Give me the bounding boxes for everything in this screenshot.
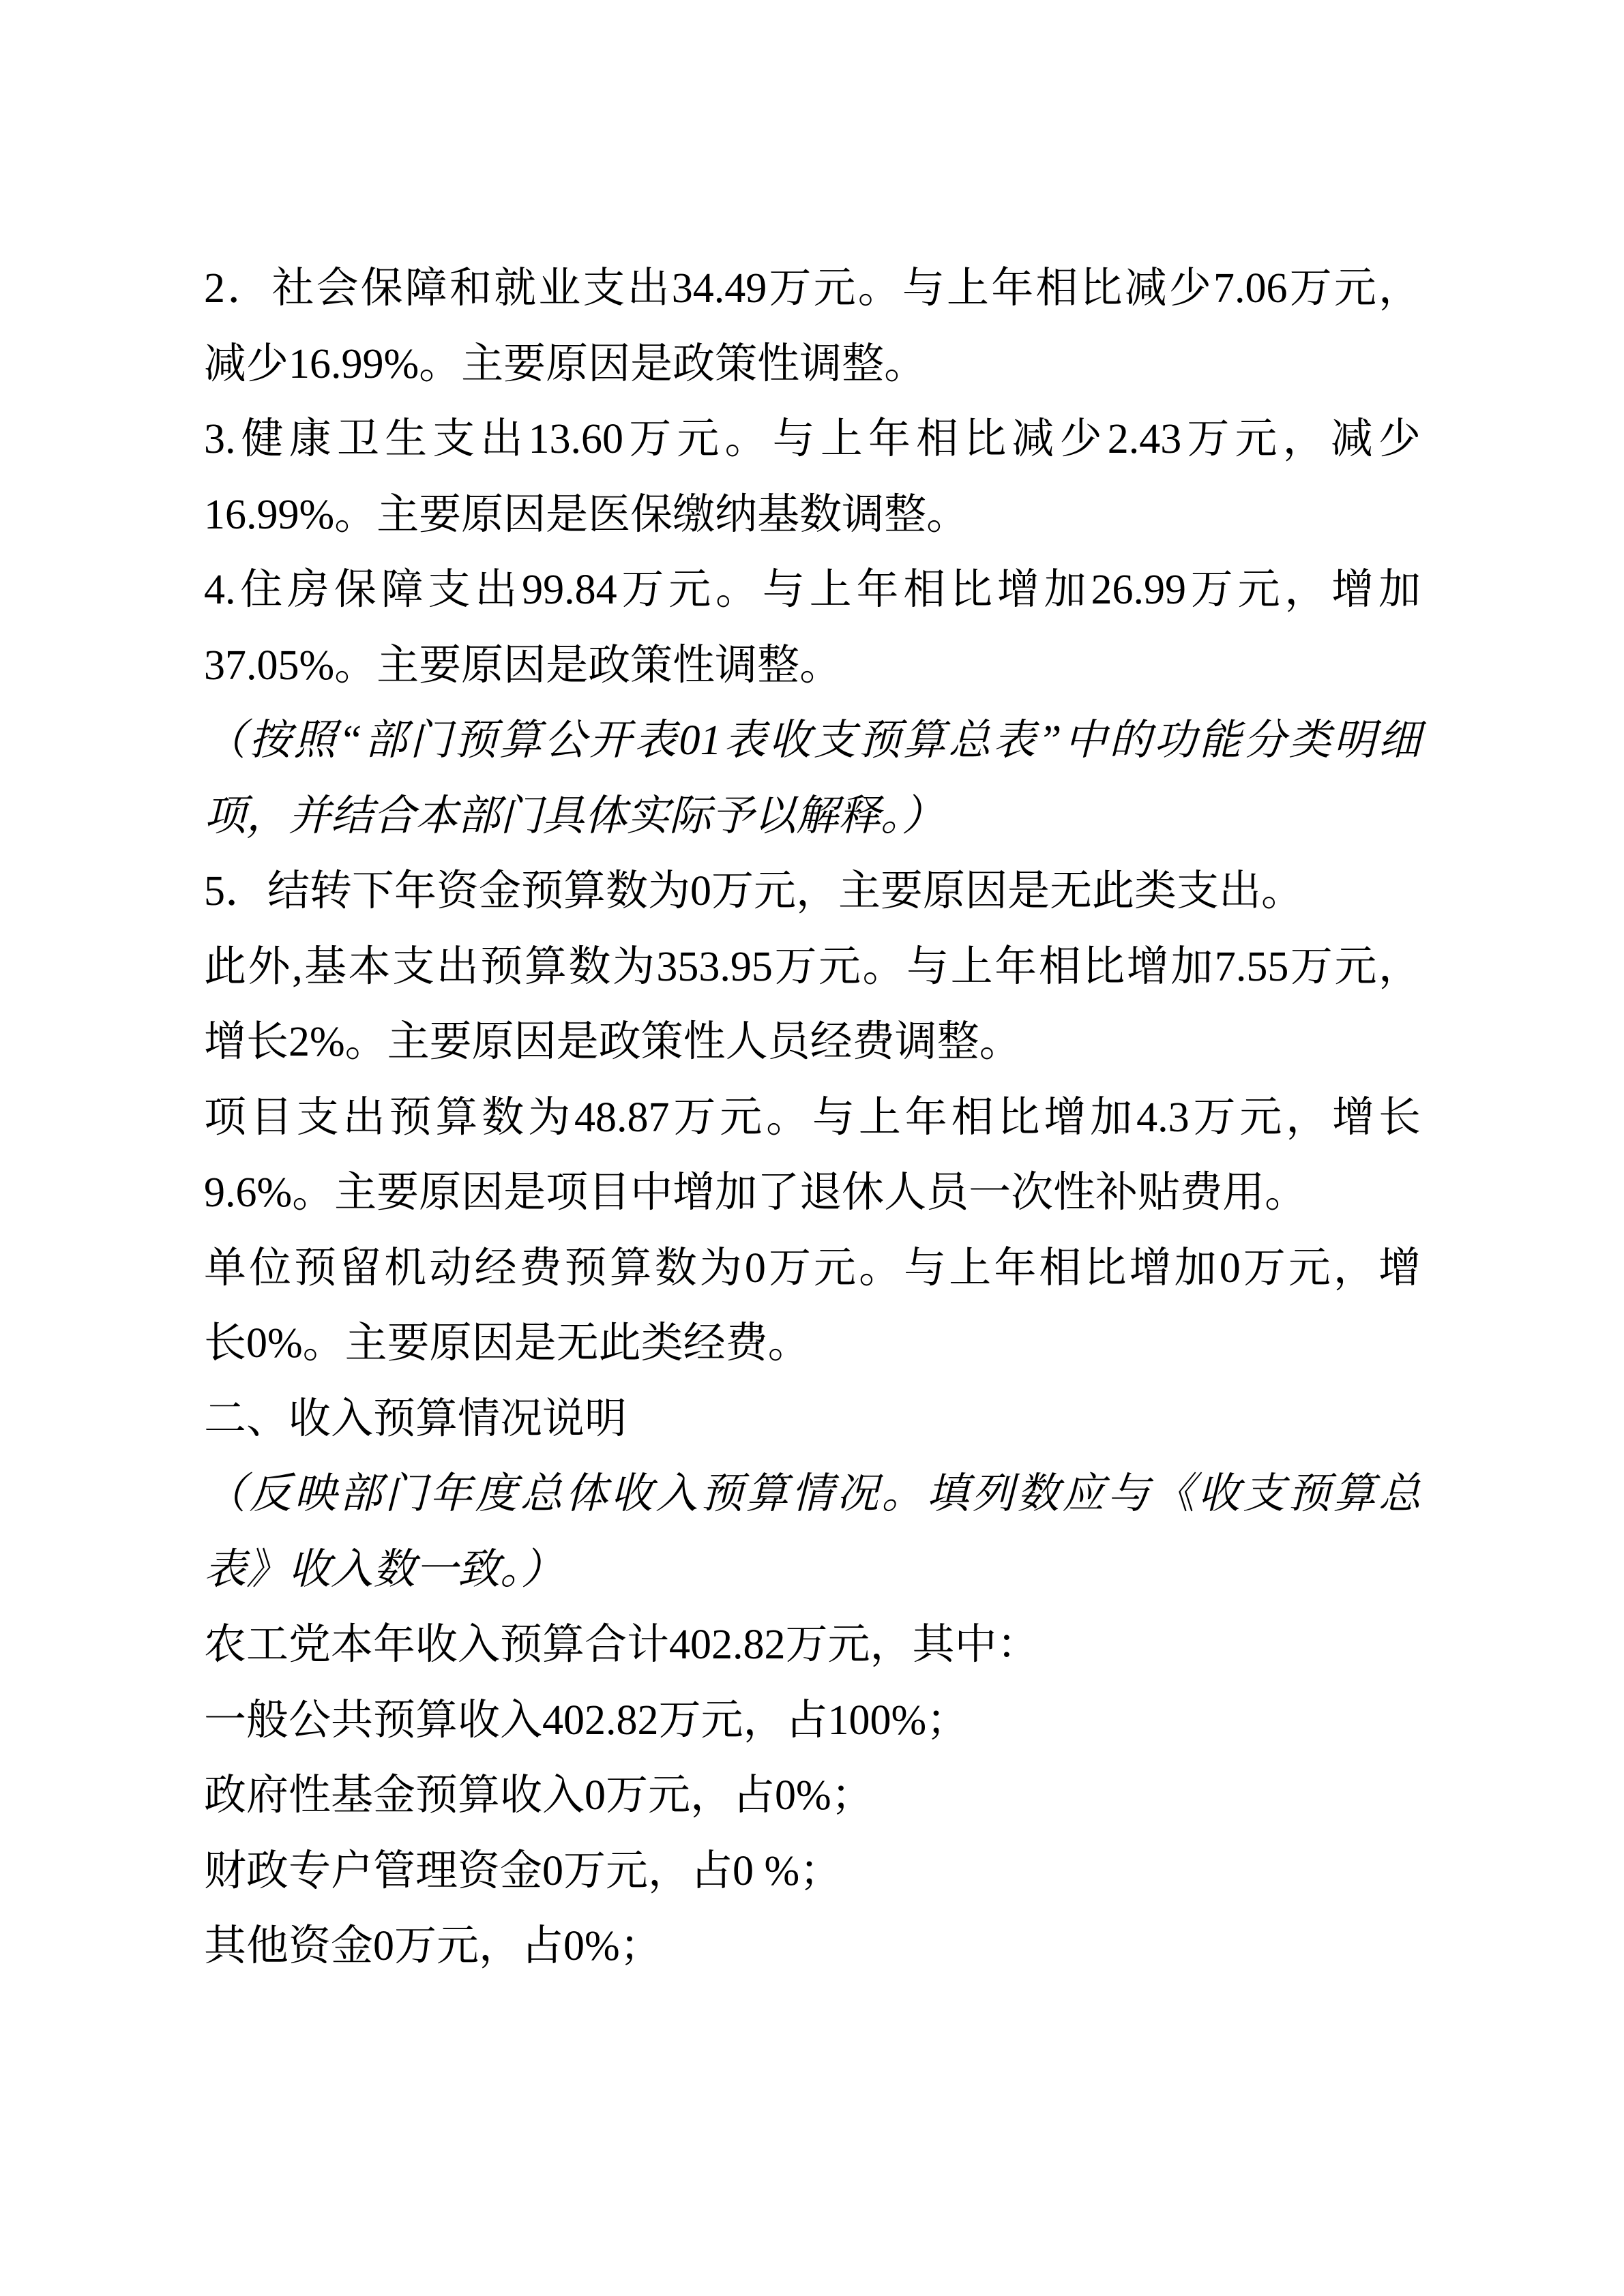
text-line: 4.住房保障支出99.84万元。与上年相比增加26.99万元，增加: [204, 552, 1421, 628]
text-line: 财政专户管理资金0万元，占0 %；: [204, 1834, 1421, 1909]
text-line: （按照“部门预算公开表01表收支预算总表”中的功能分类明细: [204, 703, 1421, 779]
text-line: 增长2%。主要原因是政策性人员经费调整。: [204, 1004, 1421, 1080]
text-line: 表》收入数一致。）: [204, 1532, 1421, 1608]
text-line: 单位预留机动经费预算数为0万元。与上年相比增加0万元，增: [204, 1231, 1421, 1307]
text-line: （反映部门年度总体收入预算情况。填列数应与《收支预算总: [204, 1457, 1421, 1532]
text-line: 5．结转下年资金预算数为0万元，主要原因是无此类支出。: [204, 854, 1421, 929]
text-line: 项，并结合本部门具体实际予以解释。）: [204, 779, 1421, 854]
text-line: 二、收入预算情况说明: [204, 1382, 1421, 1457]
text-block: 2．社会保障和就业支出34.49万元。与上年相比减少7.06万元，减少16.99…: [204, 251, 1421, 1984]
text-line: 长0%。主要原因是无此类经费。: [204, 1306, 1421, 1382]
text-line: 农工党本年收入预算合计402.82万元，其中：: [204, 1607, 1421, 1683]
text-line: 9.6%。主要原因是项目中增加了退休人员一次性补贴费用。: [204, 1155, 1421, 1231]
text-line: 项目支出预算数为48.87万元。与上年相比增加4.3万元，增长: [204, 1080, 1421, 1156]
text-line: 2．社会保障和就业支出34.49万元。与上年相比减少7.06万元，: [204, 251, 1421, 327]
text-line: 16.99%。主要原因是医保缴纳基数调整。: [204, 477, 1421, 553]
text-line: 一般公共预算收入402.82万元，占100%；: [204, 1683, 1421, 1759]
text-line: 此外,基本支出预算数为353.95万元。与上年相比增加7.55万元，: [204, 929, 1421, 1005]
text-line: 其他资金0万元，占0%；: [204, 1909, 1421, 1984]
text-line: 减少16.99%。主要原因是政策性调整。: [204, 327, 1421, 402]
text-line: 政府性基金预算收入0万元，占0%；: [204, 1758, 1421, 1834]
text-line: 3.健康卫生支出13.60万元。与上年相比减少2.43万元，减少: [204, 402, 1421, 477]
document-page: 2．社会保障和就业支出34.49万元。与上年相比减少7.06万元，减少16.99…: [0, 0, 1624, 2296]
text-line: 37.05%。主要原因是政策性调整。: [204, 628, 1421, 704]
